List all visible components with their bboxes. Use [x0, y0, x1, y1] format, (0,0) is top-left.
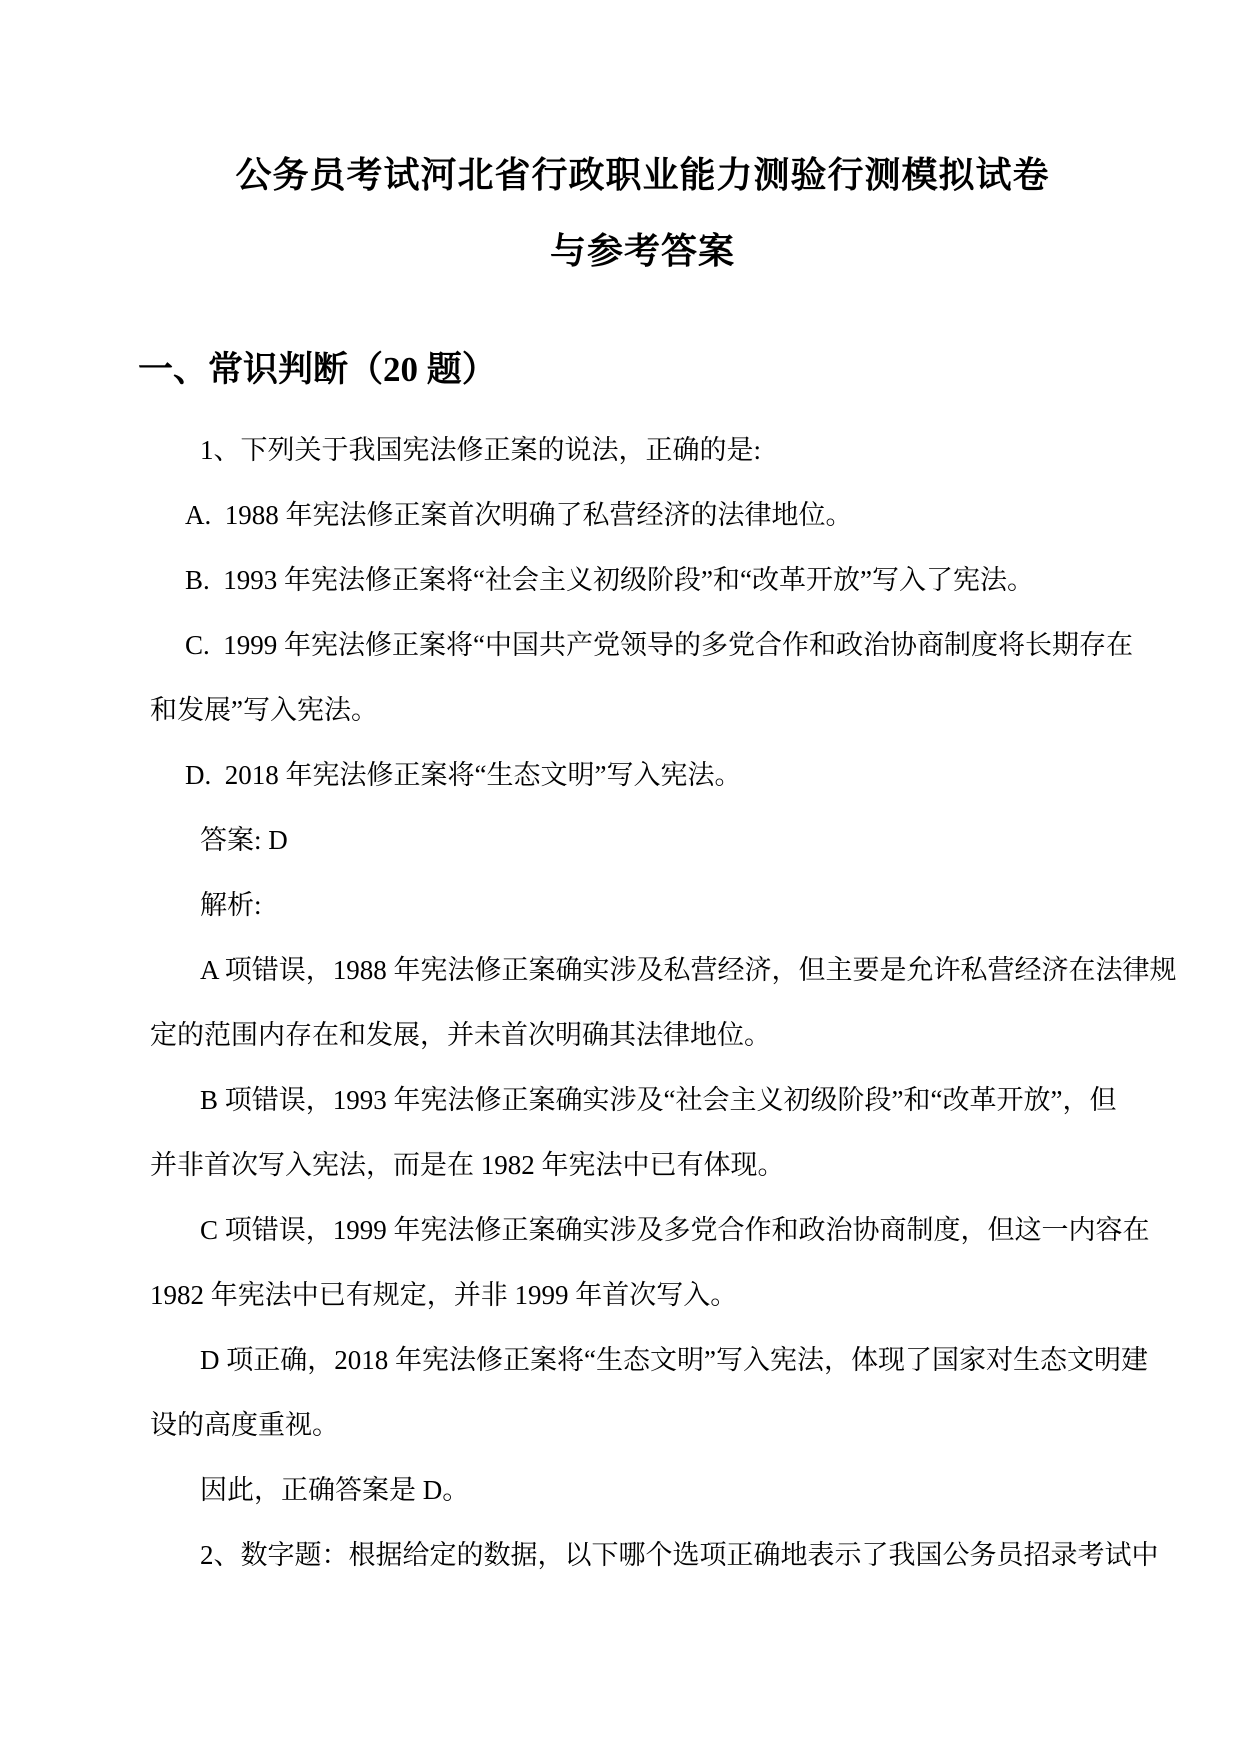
conclusion-line: 因此，正确答案是 D。 — [150, 1458, 1135, 1523]
analysis-a-continuation-line: 定的范围内存在和发展，并未首次明确其法律地位。 — [150, 1003, 1135, 1068]
option-c-continuation-line: 和发展”写入宪法。 — [150, 678, 1135, 743]
option-b-line: B. 1993 年宪法修正案将“社会主义初级阶段”和“改革开放”写入了宪法。 — [150, 548, 1135, 613]
section-heading: 一、常识判断（20 题） — [138, 338, 1135, 402]
answer-line: 答案: D — [150, 808, 1135, 873]
analysis-label-line: 解析: — [150, 873, 1135, 938]
document-page: 公务员考试河北省行政职业能力测验行测模拟试卷 与参考答案 一、常识判断（20 题… — [0, 0, 1241, 1754]
analysis-b-continuation-line: 并非首次写入宪法，而是在 1982 年宪法中已有体现。 — [150, 1133, 1135, 1198]
option-d-line: D. 2018 年宪法修正案将“生态文明”写入宪法。 — [150, 743, 1135, 808]
analysis-c-line: C 项错误，1999 年宪法修正案确实涉及多党合作和政治协商制度，但这一内容在 — [150, 1198, 1135, 1263]
doc-title-line1: 公务员考试河北省行政职业能力测验行测模拟试卷 — [150, 137, 1135, 213]
question2-line: 2、数字题：根据给定的数据，以下哪个选项正确地表示了我国公务员招录考试中 — [150, 1523, 1135, 1588]
analysis-d-line: D 项正确，2018 年宪法修正案将“生态文明”写入宪法，体现了国家对生态文明建 — [150, 1328, 1135, 1393]
analysis-b-line: B 项错误，1993 年宪法修正案确实涉及“社会主义初级阶段”和“改革开放”，但 — [150, 1068, 1135, 1133]
doc-title: 公务员考试河北省行政职业能力测验行测模拟试卷 与参考答案 — [150, 0, 1135, 289]
analysis-d-continuation-line: 设的高度重视。 — [150, 1393, 1135, 1458]
analysis-a-line: A 项错误，1988 年宪法修正案确实涉及私营经济，但主要是允许私营经济在法律规 — [150, 938, 1135, 1003]
analysis-c-continuation-line: 1982 年宪法中已有规定，并非 1999 年首次写入。 — [150, 1263, 1135, 1328]
body-text: 1、下列关于我国宪法修正案的说法，正确的是: A. 1988 年宪法修正案首次明… — [150, 418, 1135, 1588]
question1-line: 1、下列关于我国宪法修正案的说法，正确的是: — [150, 418, 1135, 483]
option-a-line: A. 1988 年宪法修正案首次明确了私营经济的法律地位。 — [150, 483, 1135, 548]
option-c-line: C. 1999 年宪法修正案将“中国共产党领导的多党合作和政治协商制度将长期存在 — [150, 613, 1135, 678]
page-content: 公务员考试河北省行政职业能力测验行测模拟试卷 与参考答案 一、常识判断（20 题… — [150, 0, 1135, 1588]
doc-title-line2: 与参考答案 — [150, 213, 1135, 289]
